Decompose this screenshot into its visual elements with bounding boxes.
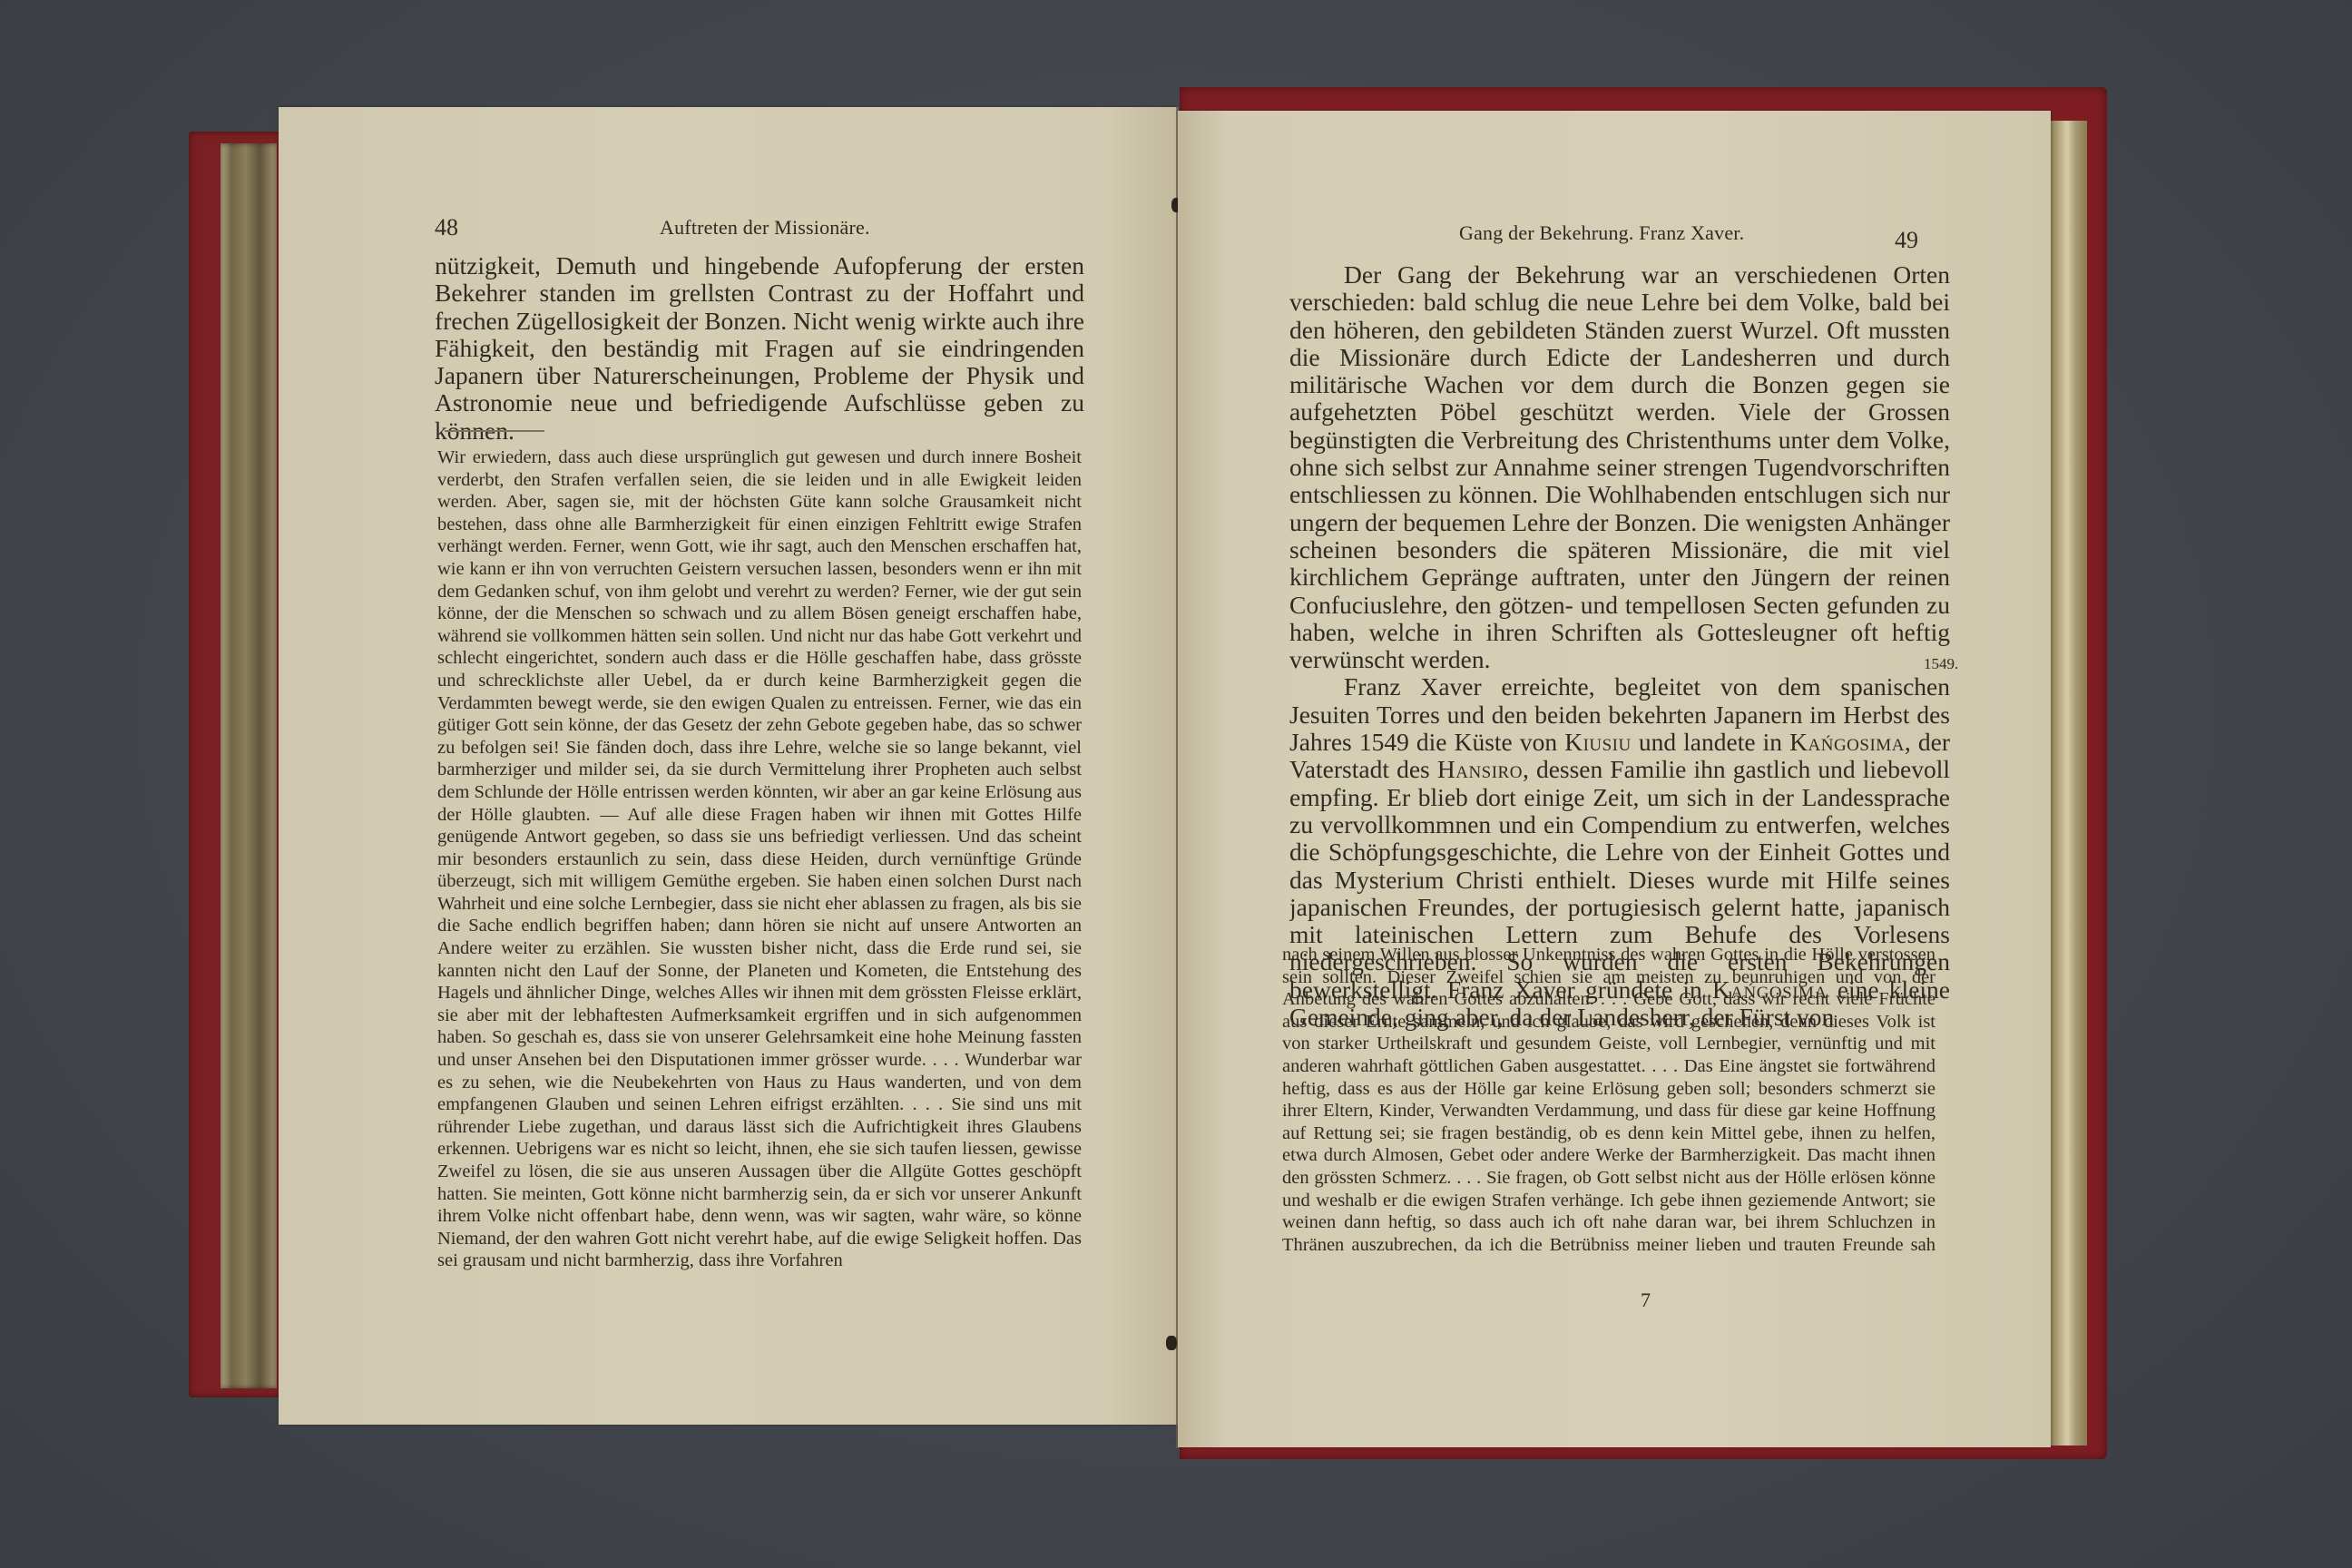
paragraph: nützigkeit, Demuth und hingebende Aufopf… [435, 252, 1084, 445]
place-name: Kańgosima [1789, 728, 1905, 756]
text-run: und landete in [1632, 728, 1789, 756]
signature-mark: 7 [1641, 1289, 1651, 1312]
main-text-right: Der Gang der Bekehrung war an verschiede… [1289, 261, 1950, 1044]
place-name: Kiusiu [1564, 728, 1632, 756]
left-page: 48 Auftreten der Missionäre. nützigkeit,… [279, 107, 1178, 1425]
margin-note-year: 1549. [1924, 655, 1958, 673]
page-blemish [1166, 1336, 1177, 1350]
footnote-paragraph: nach seinem Willen aus blosser Unkenntni… [1282, 944, 1935, 1252]
page-number-left: 48 [435, 214, 458, 241]
running-head-right: Gang der Bekehrung. Franz Xaver. [1459, 221, 1744, 245]
footnote-left: Wir erwiedern, dass auch diese ursprüngl… [437, 446, 1082, 1408]
paragraph-1: Der Gang der Bekehrung war an verschiede… [1289, 261, 1950, 673]
footnote-paragraph: Wir erwiedern, dass auch diese ursprüngl… [437, 446, 1082, 1272]
footnote-right: nach seinem Willen aus blosser Unkenntni… [1282, 944, 1935, 1252]
running-head-left: Auftreten der Missionäre. [660, 216, 870, 240]
page-stack-left [220, 143, 277, 1388]
footnote-rule [445, 430, 544, 432]
right-page: Gang der Bekehrung. Franz Xaver. 49 Der … [1178, 111, 2051, 1447]
page-stack-right [2051, 121, 2087, 1445]
page-number-right: 49 [1895, 227, 1918, 254]
person-name: Hansiro [1437, 755, 1523, 783]
